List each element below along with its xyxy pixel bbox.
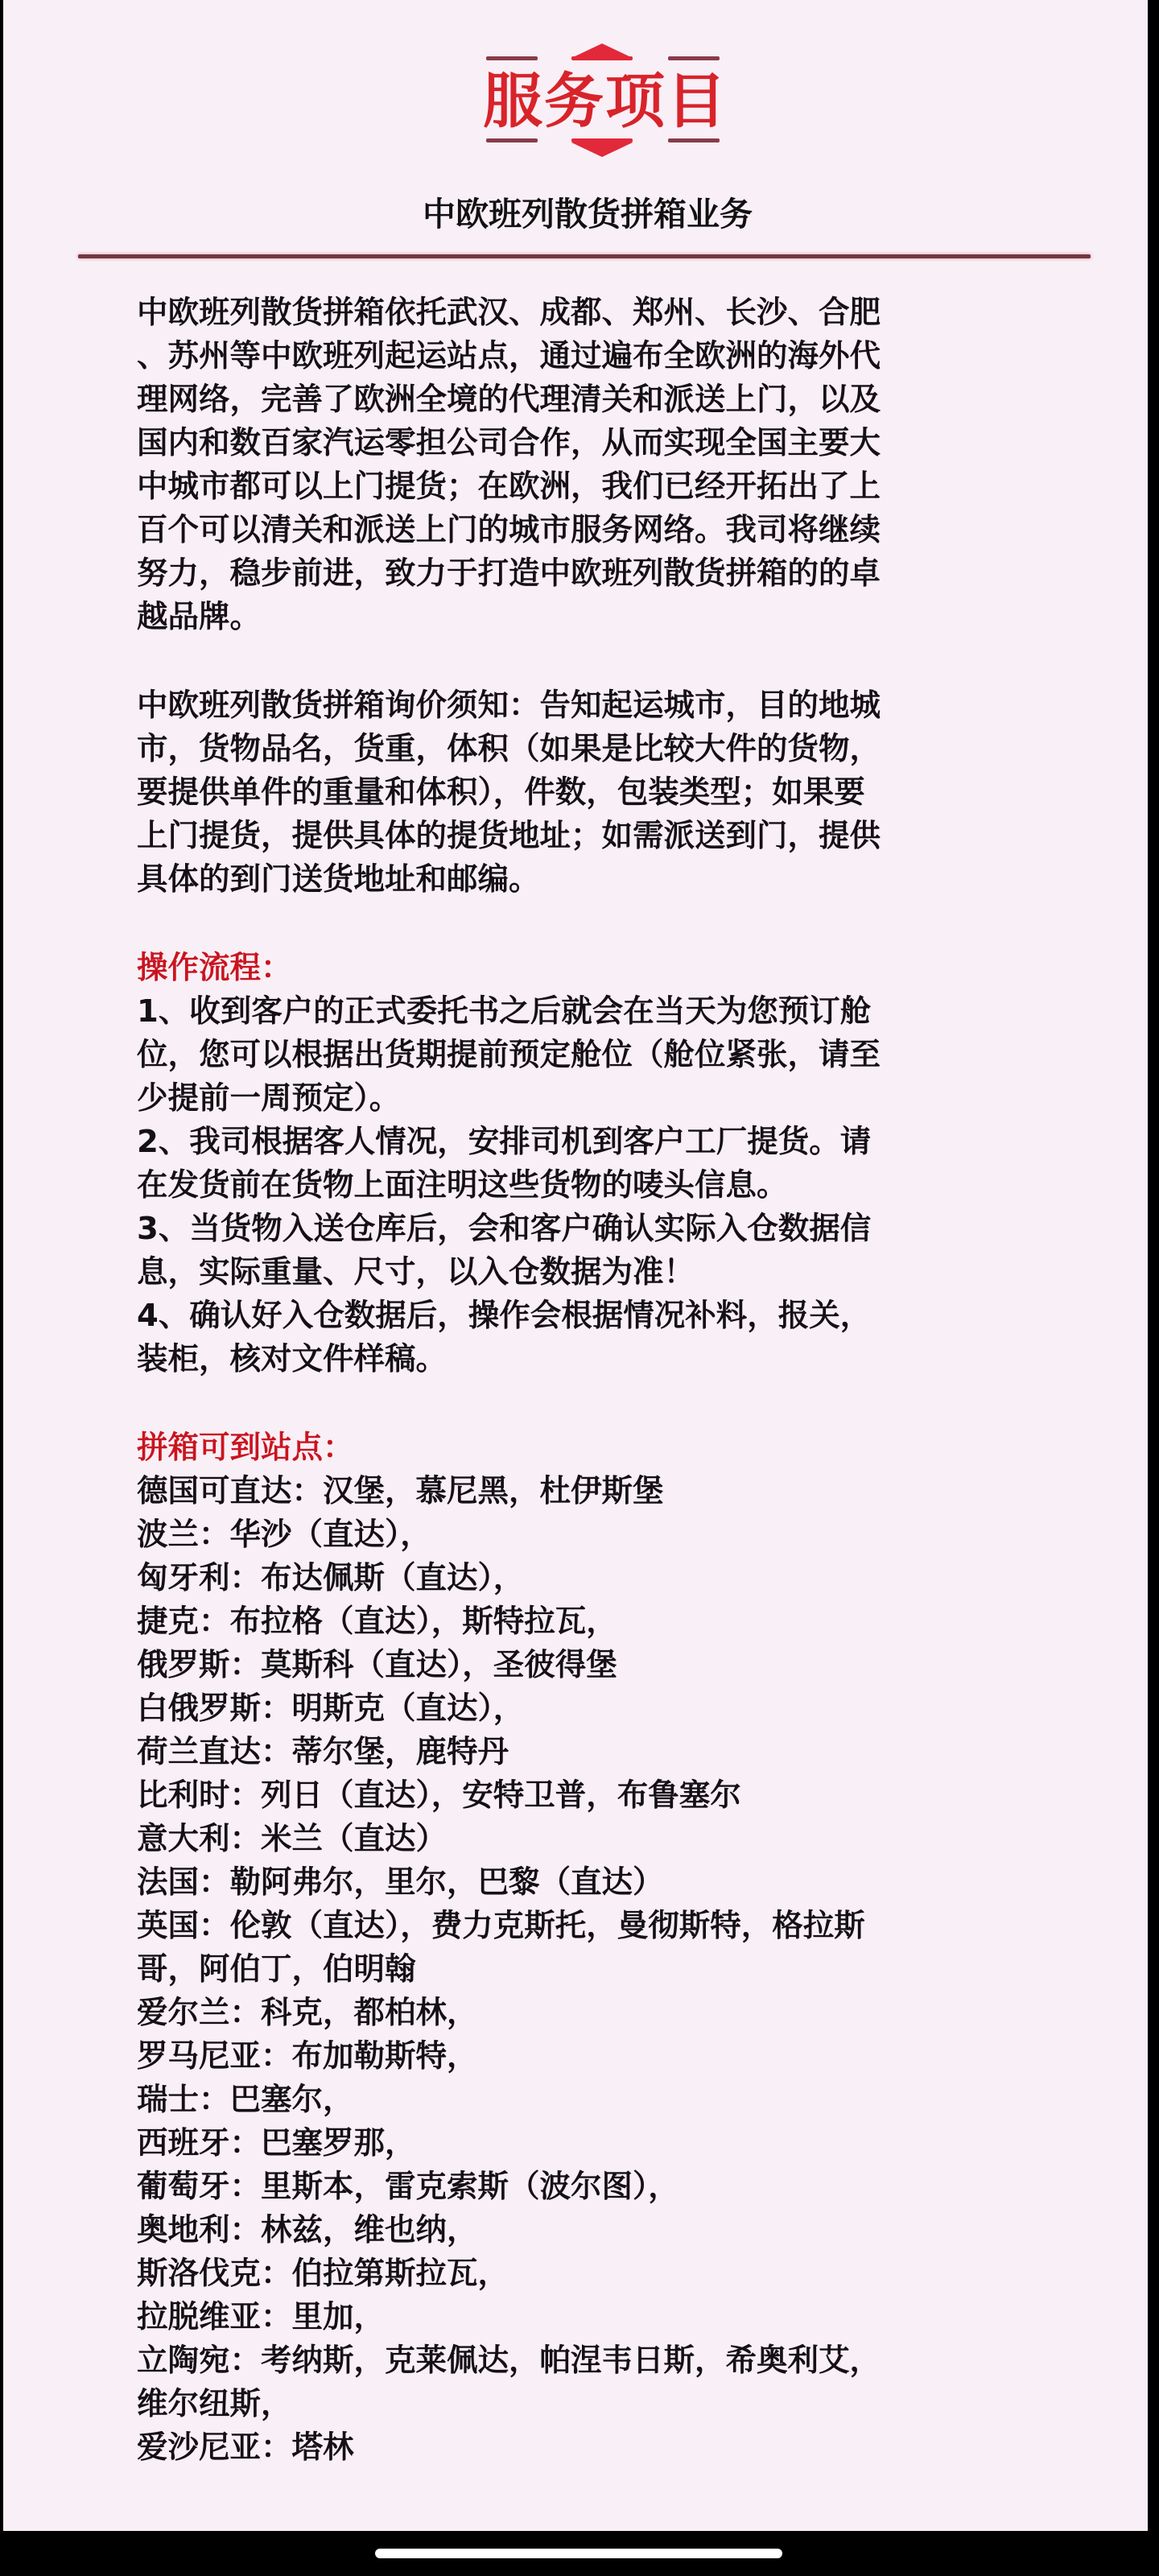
station-line: 维尔纽斯， [137, 2383, 1054, 2426]
station-line: 瑞士：巴塞尔， [137, 2079, 1054, 2122]
service-title-banner: 服务项目 [483, 35, 724, 164]
process-step-line: 4、确认好入仓数据后，操作会根据情况补料，报关， [137, 1294, 1054, 1338]
process-step-line: 息，实际重量、尺寸，以入仓数据为准！ [137, 1251, 1054, 1294]
document-body: 中欧班列散货拼箱依托武汉、成都、郑州、长沙、合肥 、苏州等中欧班列起运站点，通过… [137, 291, 1054, 2470]
process-step-line: 在发货前在货物上面注明这些货物的唛头信息。 [137, 1164, 1054, 1207]
station-line: 爱尔兰：科克，都柏林， [137, 1992, 1054, 2035]
station-line: 葡萄牙：里斯本，雷克索斯（波尔图）， [137, 2165, 1054, 2209]
decorative-line-icon [668, 138, 720, 142]
station-line: 爱沙尼亚：塔林 [137, 2426, 1054, 2470]
stations-section: 拼箱可到站点： 德国可直达：汉堡，慕尼黑，杜伊斯堡 波兰：华沙（直达）， 匈牙利… [137, 1426, 1054, 2470]
text-line: 越品牌。 [137, 596, 1054, 639]
station-line: 白俄罗斯：明斯克（直达）， [137, 1687, 1054, 1731]
process-step-line: 少提前一周预定）。 [137, 1077, 1054, 1121]
paragraph-spacer [137, 902, 1054, 947]
station-line: 德国可直达：汉堡，慕尼黑，杜伊斯堡 [137, 1470, 1054, 1513]
document-page: 服务项目 中欧班列散货拼箱业务 中欧班列散货拼箱依托武汉、成都、郑州、长沙、合肥… [3, 0, 1148, 2531]
text-line: 市，货物品名，货重，体积（如果是比较大件的货物， [137, 728, 1054, 771]
page-subtitle: 中欧班列散货拼箱业务 [3, 190, 1159, 238]
process-step-line: 3、当货物入送仓库后，会和客户确认实际入仓数据信 [137, 1207, 1054, 1251]
station-line: 俄罗斯：莫斯科（直达），圣彼得堡 [137, 1644, 1054, 1687]
text-line: 中欧班列散货拼箱询价须知：告知起运城市，目的地城 [137, 684, 1054, 728]
station-line: 英国：伦敦（直达），费力克斯托，曼彻斯特，格拉斯 [137, 1905, 1054, 1948]
down-arrow-icon [571, 142, 633, 157]
paragraph-spacer [137, 639, 1054, 684]
process-step-line: 装柜，核对文件样稿。 [137, 1338, 1054, 1381]
station-line: 奥地利：林兹，维也纳， [137, 2209, 1054, 2252]
station-line: 罗马尼亚：布加勒斯特， [137, 2035, 1054, 2079]
text-line: 努力，稳步前进，致力于打造中欧班列散货拼箱的的卓 [137, 552, 1054, 596]
process-step-line: 1、收到客户的正式委托书之后就会在当天为您预订舱 [137, 990, 1054, 1034]
decorative-line-icon [486, 56, 538, 60]
process-heading: 操作流程： [137, 947, 1054, 990]
text-line: 百个可以清关和派送上门的城市服务网络。我司将继续 [137, 509, 1054, 552]
station-line: 法国：勒阿弗尔，里尔，巴黎（直达） [137, 1861, 1054, 1905]
page-header: 服务项目 中欧班列散货拼箱业务 [3, 0, 1148, 274]
decorative-line-icon [571, 56, 633, 60]
text-line: 中欧班列散货拼箱依托武汉、成都、郑州、长沙、合肥 [137, 291, 1054, 335]
text-line: 上门提货，提供具体的提货地址；如需派送到门，提供 [137, 815, 1054, 858]
text-line: 要提供单件的重量和体积），件数，包装类型；如果要 [137, 771, 1054, 815]
inquiry-paragraph: 中欧班列散货拼箱询价须知：告知起运城市，目的地城 市，货物品名，货重，体积（如果… [137, 684, 1054, 902]
text-line: 中城市都可以上门提货；在欧洲，我们已经开拓出了上 [137, 465, 1054, 509]
text-line: 理网络，完善了欧洲全境的代理清关和派送上门，以及 [137, 378, 1054, 422]
station-line: 西班牙：巴塞罗那， [137, 2122, 1054, 2165]
service-title: 服务项目 [483, 69, 724, 134]
station-line: 捷克：布拉格（直达），斯特拉瓦， [137, 1600, 1054, 1644]
station-line: 波兰：华沙（直达）， [137, 1513, 1054, 1557]
stations-heading: 拼箱可到站点： [137, 1426, 1054, 1470]
station-line: 哥，阿伯丁，伯明翰 [137, 1948, 1054, 1992]
process-section: 操作流程： 1、收到客户的正式委托书之后就会在当天为您预订舱 位，您可以根据出货… [137, 947, 1054, 1381]
station-line: 比利时：列日（直达），安特卫普，布鲁塞尔 [137, 1774, 1054, 1818]
station-line: 意大利：米兰（直达） [137, 1818, 1054, 1861]
header-divider [78, 254, 1091, 258]
station-line: 拉脱维亚：里加， [137, 2296, 1054, 2339]
home-indicator[interactable] [375, 2549, 782, 2558]
decorative-line-icon [668, 56, 720, 60]
text-line: 国内和数百家汽运零担公司合作，从而实现全国主要大 [137, 422, 1054, 465]
text-line: 具体的到门送货地址和邮编。 [137, 858, 1054, 902]
station-line: 斯洛伐克：伯拉第斯拉瓦， [137, 2252, 1054, 2296]
paragraph-spacer [137, 1381, 1054, 1426]
process-step-line: 位，您可以根据出货期提前预定舱位（舱位紧张，请至 [137, 1034, 1054, 1077]
text-line: 、苏州等中欧班列起运站点，通过遍布全欧洲的海外代 [137, 335, 1054, 378]
process-step-line: 2、我司根据客人情况，安排司机到客户工厂提货。请 [137, 1121, 1054, 1164]
decorative-line-icon [486, 138, 538, 142]
station-line: 匈牙利：布达佩斯（直达）， [137, 1557, 1054, 1600]
station-line: 荷兰直达：蒂尔堡，鹿特丹 [137, 1731, 1054, 1774]
intro-paragraph: 中欧班列散货拼箱依托武汉、成都、郑州、长沙、合肥 、苏州等中欧班列起运站点，通过… [137, 291, 1054, 639]
station-line: 立陶宛：考纳斯，克莱佩达，帕涅韦日斯，希奥利艾， [137, 2339, 1054, 2383]
